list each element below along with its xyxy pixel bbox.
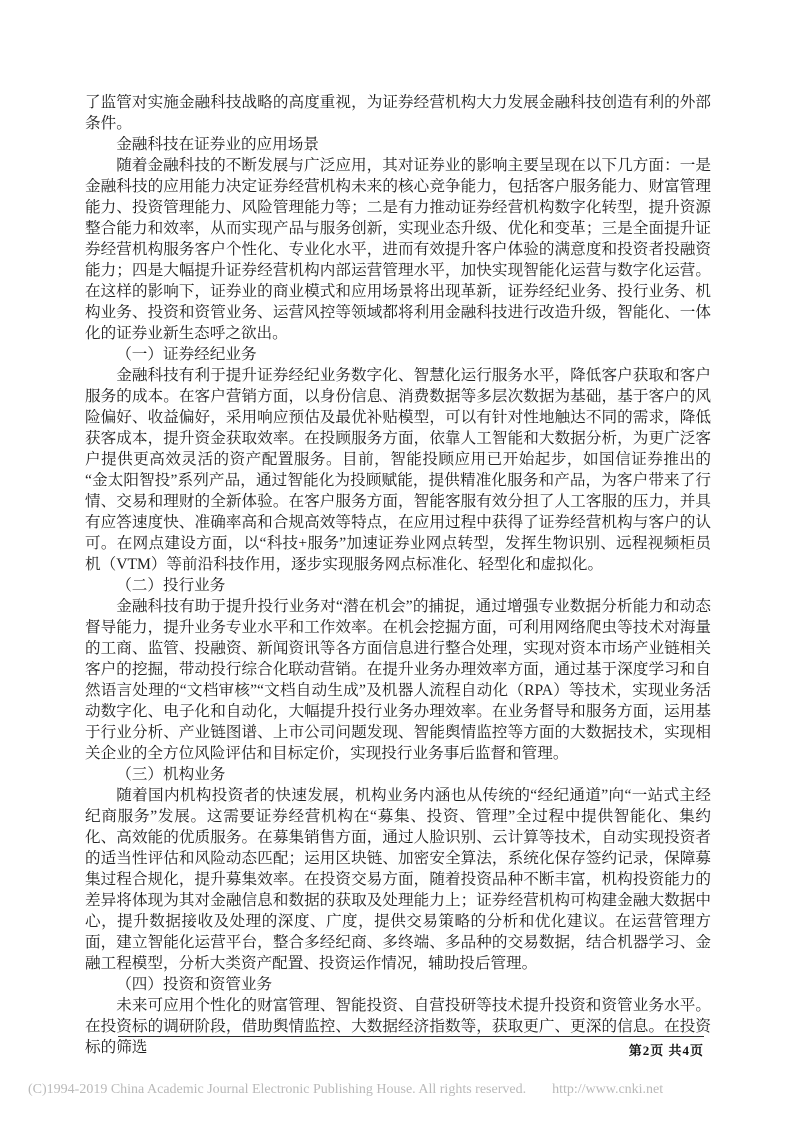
paragraph-section-4-asset-management: 未来可应用个性化的财富管理、智能投资、自营投研等技术提升投资和资管业务水平。在投… xyxy=(85,995,711,1058)
paragraph-section-3-institutional: 随着国内机构投资者的快速发展，机构业务内涵也从传统的“经纪通道”向“一站式主经纪… xyxy=(85,785,711,974)
heading-section-2-investment-banking: （二）投行业务 xyxy=(85,575,711,596)
page-number: 第2页 共4页 xyxy=(629,1040,704,1059)
copyright-watermark: (C)1994-2019 China Academic Journal Elec… xyxy=(28,1082,663,1098)
document-body: 了监管对实施金融科技战略的高度重视，为证券经营机构大力发展金融科技创造有利的外部… xyxy=(85,92,711,1058)
paragraph-section-2-investment-banking: 金融科技有助于提升投行业务对“潜在机会”的捕捉，通过增强专业数据分析能力和动态督… xyxy=(85,596,711,764)
copyright-text: (C)1994-2019 China Academic Journal Elec… xyxy=(28,1082,526,1097)
footer-divider xyxy=(118,1036,704,1037)
heading-section-1-brokerage: （一）证券经纪业务 xyxy=(85,344,711,365)
paragraph-section-1-brokerage: 金融科技有利于提升证券经纪业务数字化、智慧化运行服务水平，降低客户获取和客户服务… xyxy=(85,365,711,575)
heading-application-scenarios: 金融科技在证券业的应用场景 xyxy=(85,134,711,155)
paragraph-continuation: 了监管对实施金融科技战略的高度重视，为证券经营机构大力发展金融科技创造有利的外部… xyxy=(85,92,711,134)
document-page: 了监管对实施金融科技战略的高度重视，为证券经营机构大力发展金融科技创造有利的外部… xyxy=(0,0,793,1122)
cnki-url-text: http://www.cnki.net xyxy=(552,1082,663,1097)
heading-section-4-asset-management: （四）投资和资管业务 xyxy=(85,974,711,995)
paragraph-overview: 随着金融科技的不断发展与广泛应用，其对证券业的影响主要呈现在以下几方面：一是金融… xyxy=(85,155,711,344)
heading-section-3-institutional: （三）机构业务 xyxy=(85,764,711,785)
